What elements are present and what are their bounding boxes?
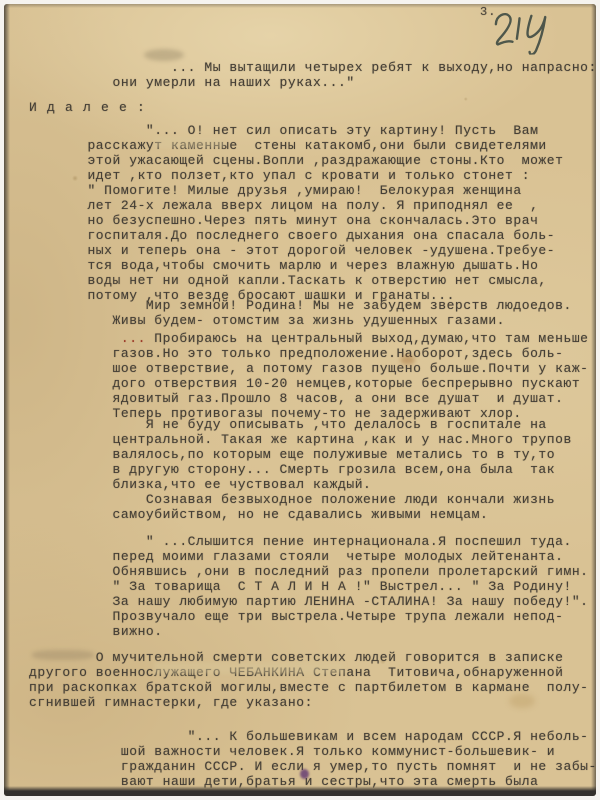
typed-line: ... Мы вытащили четырех ребят к выходу,н… (29, 60, 590, 75)
paragraph-b-final: "... К большевикам и всем народам СССР.Я… (29, 729, 590, 789)
typed-line: гражданин СССР. И если я умер,то пусть п… (29, 759, 590, 774)
typed-text: ... Мы вытащили четырех ребят к выходу,н… (4, 4, 596, 796)
typed-line: в другую сторону... Смерть грозила всем,… (29, 462, 590, 477)
typed-line: вают наши дети,братья и сестры,что эта с… (29, 774, 590, 789)
red-ellipsis: ... (29, 331, 146, 346)
typed-line: валялось,по которым еще полуживые метали… (29, 447, 590, 462)
typed-line: " Помогите! Милые друзья ,умираю! Белоку… (29, 183, 590, 198)
typed-line: госпиталя.До последнего своего дыхания о… (29, 228, 590, 243)
paragraph-b-mir: Мир земной! Родина! Мы не забудем зверст… (29, 298, 590, 328)
typed-line: шое отверствие, а потому газов пущено бо… (29, 361, 590, 376)
typed-line: лет 24-х лежала вверх лицом на полу. Я п… (29, 198, 590, 213)
typed-line: За нашу любимую партию ЛЕНИНА -СТАЛИНА! … (29, 594, 590, 609)
typed-line: Прозвучало еще три выстрела.Четыре трупа… (29, 609, 590, 624)
typed-line: дого отверствия 10-20 немцев,которые бес… (29, 376, 590, 391)
typed-line: центральной. Такая же картина ,как и у н… (29, 432, 590, 447)
typed-line: воды нет ни одной капли.Таскать к отверс… (29, 273, 590, 288)
typed-line: близка,что ее чуствовал каждый. (29, 477, 590, 492)
paragraph-b-probir: ... Пробираюсь на центральный выход,дума… (29, 331, 590, 421)
typed-line: газов.Но это только предположение.Наобор… (29, 346, 590, 361)
typed-line: но безуспешно.Через пять минут она сконч… (29, 213, 590, 228)
typed-line: Я не буду описывать ,что делалось в госп… (29, 417, 590, 432)
paper: 3. ... Мы вытащили четырех ребят к выход… (4, 4, 596, 796)
typed-line: "... К большевикам и всем народам СССР.Я… (29, 729, 590, 744)
typed-line: сгнившей гимнастерки, где указано: (29, 695, 590, 710)
typed-line: Мир земной! Родина! Мы не забудем зверст… (29, 298, 590, 313)
paragraph-b-stalin: " ...Слышится пение интернационала.Я пос… (29, 534, 590, 639)
typed-line: О мучительной смерти советских людей гов… (29, 650, 590, 665)
typed-line: ... Пробираюсь на центральный выход,дума… (29, 331, 590, 346)
typed-line: Живы будем- отомстим за жизнь удушенных … (29, 313, 590, 328)
typed-line: ядовитый газ.Прошло 8 часов, а они все д… (29, 391, 590, 406)
typed-line: вижно. (29, 624, 590, 639)
typed-line: расскажут каменные стены катакомб,они бы… (29, 138, 590, 153)
typed-line: " За товарища С Т А Л И Н А !" Выстрел..… (29, 579, 590, 594)
paragraph-b-dalee: И д а л е е : (29, 100, 590, 115)
typed-line: ных и теперь она - этот дорогой человек … (29, 243, 590, 258)
typed-line: Сознавая безвыходное положение люди конч… (29, 492, 590, 507)
typed-line: другого военнослужащего ЧЕБАНКИНА Степан… (29, 665, 590, 680)
typed-line: перед моими глазами стояли четыре молоды… (29, 549, 590, 564)
typed-line: Обнявшись ,они в последний раз пропели п… (29, 564, 590, 579)
typed-line: идет ,кто ползет,кто упал с кровати и то… (29, 168, 590, 183)
paragraph-b-chebankin: О мучительной смерти советских людей гов… (29, 650, 590, 710)
typed-line: " ...Слышится пение интернационала.Я пос… (29, 534, 590, 549)
paragraph-b-quote1: "... О! нет сил описать эту картину! Пус… (29, 123, 590, 303)
paragraph-b-gospital: Я не буду описывать ,что делалось в госп… (29, 417, 590, 522)
scanned-page: 3. ... Мы вытащили четырех ребят к выход… (0, 0, 600, 800)
typed-line: "... О! нет сил описать эту картину! Пус… (29, 123, 590, 138)
typed-line: самоубийством, но не сдавались живыми не… (29, 507, 590, 522)
typed-line: тся вода,чтобы смочить марлю и через вла… (29, 258, 590, 273)
typed-line: шой важности человек.Я только коммунист-… (29, 744, 590, 759)
typed-line: они умерли на наших руках..." (29, 75, 590, 90)
typed-line: этой ужасающей сцены.Вопли ,раздражающие… (29, 153, 590, 168)
paragraph-b-intro: ... Мы вытащили четырех ребят к выходу,н… (29, 60, 590, 90)
typed-line: при раскопках братской могилы,вместе с п… (29, 680, 590, 695)
typed-line: И д а л е е : (29, 100, 590, 115)
